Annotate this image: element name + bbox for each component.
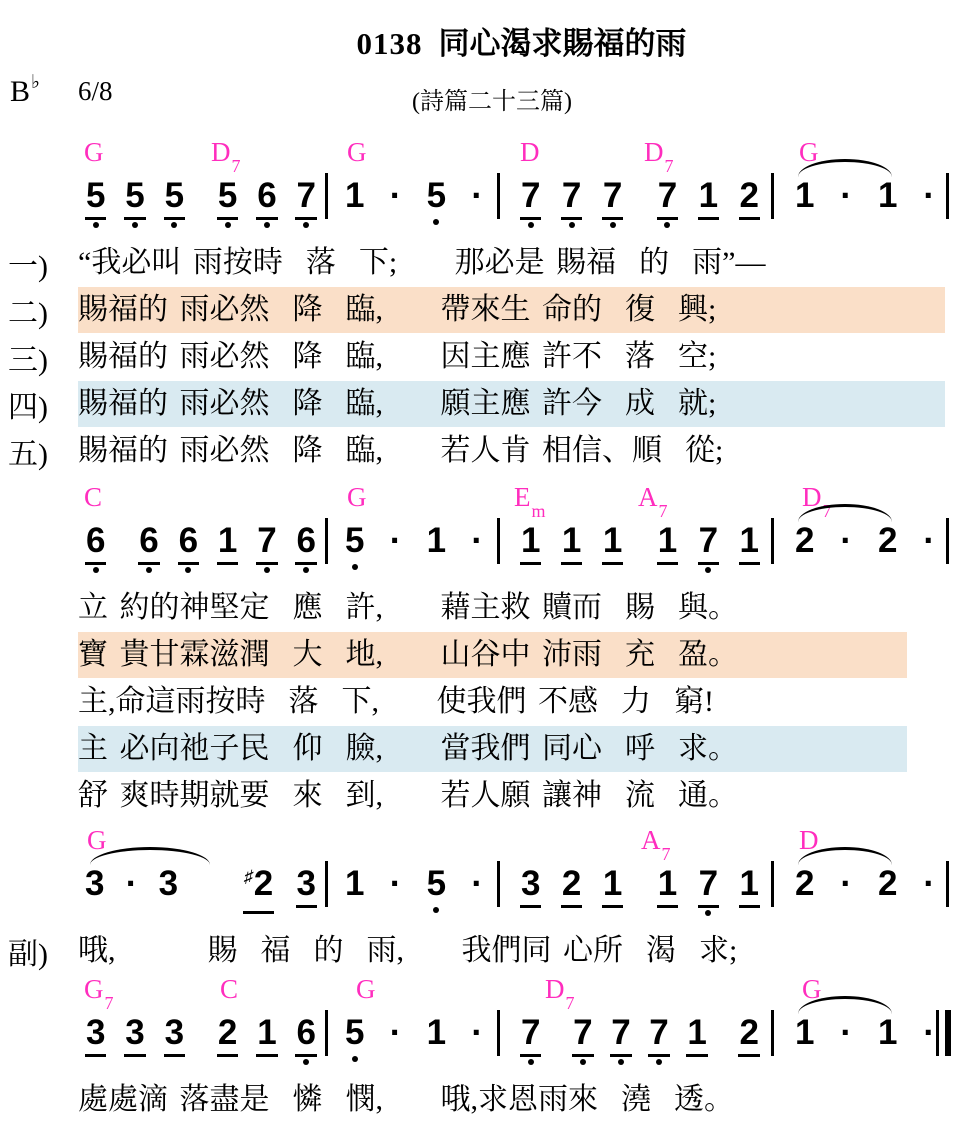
page-title: 0138同心渴求賜福的雨 xyxy=(42,0,959,63)
lyric-row-middle: 主,命這雨按時 落 下, 使我們 不感 力 窮! xyxy=(0,678,959,725)
note: 1 xyxy=(739,865,760,908)
duration-dot: · xyxy=(840,865,852,903)
note: 1 xyxy=(686,1014,707,1057)
measure: 333216 xyxy=(85,1014,317,1057)
header-row: B♭ 6/8 (詩篇二十三篇) xyxy=(0,73,959,117)
chord-label: G xyxy=(356,974,376,1004)
note: 3 xyxy=(296,865,317,908)
note: 2 xyxy=(878,865,897,903)
note: 7 xyxy=(698,865,719,908)
note: 5 xyxy=(124,177,145,220)
note: 5 xyxy=(217,177,238,220)
chord-label: G xyxy=(87,825,107,855)
chord-label: G7 xyxy=(84,974,113,1007)
note: 1 xyxy=(602,522,623,565)
chord-label: D7 xyxy=(644,137,673,170)
note: 1 xyxy=(345,177,364,215)
duration-dot: · xyxy=(471,1014,483,1052)
measure: 555567 xyxy=(85,177,317,220)
measure: 777712 xyxy=(520,1014,760,1057)
measure: 2·2· xyxy=(795,522,935,560)
chord-label: D7 xyxy=(211,137,240,170)
note: 1 xyxy=(795,177,814,215)
chord-label: C xyxy=(220,974,238,1004)
duration-dot: · xyxy=(126,865,138,903)
note: 2 xyxy=(878,522,897,560)
note: 7 xyxy=(572,1014,593,1057)
note: ♯2 xyxy=(243,865,274,914)
note: 1 xyxy=(427,522,446,560)
lyric-text: 賜福的 雨必然 降 臨, 因主應 許不 落 空; xyxy=(78,334,945,380)
lyric-row-middle: 寶 貴甘霖滋潤 大 地, 山谷中 沛雨 充 盈。 xyxy=(0,631,959,678)
lyric-text: 舒 爽時期就要 來 到, 若人願 讓神 流 通。 xyxy=(78,773,907,819)
chord-label: D xyxy=(520,137,540,167)
last-lyric-row: 處處滴 落盡是 憐 憫, 哦,求恩雨來 澆 透。 xyxy=(0,1076,959,1123)
note: 3 xyxy=(159,865,178,903)
note: 6 xyxy=(295,1014,316,1057)
note: 2 xyxy=(217,1014,238,1057)
note: 5 xyxy=(427,177,446,215)
note: 3 xyxy=(124,1014,145,1057)
bar-line xyxy=(325,518,328,564)
music-line: CGEmA7D76661765·1·1111712·2· xyxy=(0,482,959,584)
verse-row: 三)賜福的 雨必然 降 臨, 因主應 許不 落 空; xyxy=(0,333,959,380)
duration-dot: · xyxy=(840,1014,852,1052)
measure: 2·2· xyxy=(795,865,935,903)
key-signature: B♭ xyxy=(10,73,39,109)
note: 1 xyxy=(795,1014,814,1052)
lyric-text: 立 約的神堅定 應 許, 藉主救 贖而 賜 與。 xyxy=(78,585,907,631)
note: 7 xyxy=(657,177,678,220)
music-line: GA7D3·3♯231·5·3211712·2· xyxy=(0,825,959,927)
lyric-text: 賜福的 雨必然 降 臨, 帶來生 命的 復 興; xyxy=(78,287,945,333)
bar-line xyxy=(946,861,949,907)
note: 2 xyxy=(739,177,760,220)
lyric-text: 哦, 賜 福 的 雨, 我們同 心所 渴 求; xyxy=(78,928,945,974)
duration-dot: · xyxy=(471,177,483,215)
measure: 3·3♯23 xyxy=(85,865,317,914)
lyric-row-middle: 立 約的神堅定 應 許, 藉主救 贖而 賜 與。 xyxy=(0,584,959,631)
note: 7 xyxy=(520,177,541,220)
note: 1 xyxy=(698,177,719,220)
chord-subscript: 7 xyxy=(232,156,241,176)
chord-label: G xyxy=(84,137,104,167)
duration-dot: · xyxy=(390,1014,402,1052)
verse-row: 一)“我必叫 雨按時 落 下; 那必是 賜福 的 雨”— xyxy=(0,239,959,286)
measure: 1·5· xyxy=(345,177,483,215)
flat-icon: ♭ xyxy=(31,72,40,93)
chord-label: Em xyxy=(514,482,545,515)
duration-dot: · xyxy=(390,865,402,903)
duration-dot: · xyxy=(923,865,935,903)
verse-row: 四)賜福的 雨必然 降 臨, 願主應 許今 成 就; xyxy=(0,380,959,427)
note: 7 xyxy=(561,177,582,220)
note: 1 xyxy=(256,1014,277,1057)
bar-line xyxy=(497,1010,500,1056)
chord-subscript: 7 xyxy=(665,156,674,176)
measure: 777712 xyxy=(520,177,760,220)
chord-subscript: 7 xyxy=(659,501,668,521)
bar-line xyxy=(946,518,949,564)
time-signature: 6/8 xyxy=(78,76,113,107)
lyric-text: 賜福的 雨必然 降 臨, 願主應 許今 成 就; xyxy=(78,381,945,427)
verse-label: 二) xyxy=(0,288,78,332)
measure: 321171 xyxy=(520,865,760,908)
bar-line xyxy=(771,518,774,564)
bar-line xyxy=(325,861,328,907)
lyric-text: “我必叫 雨按時 落 下; 那必是 賜福 的 雨”— xyxy=(78,240,945,286)
note: 7 xyxy=(256,522,277,565)
scripture-subtitle: (詩篇二十三篇) xyxy=(412,81,572,116)
note: 3 xyxy=(85,865,104,903)
refrain-row: 副)哦, 賜 福 的 雨, 我們同 心所 渴 求; xyxy=(0,927,959,974)
note: 5 xyxy=(345,1014,364,1052)
measure: 1·1· xyxy=(795,177,935,215)
duration-dot: · xyxy=(923,522,935,560)
note: 3 xyxy=(520,865,541,908)
note: 5 xyxy=(345,522,364,560)
measure: 666176 xyxy=(85,522,317,565)
note: 1 xyxy=(602,865,623,908)
note: 5 xyxy=(427,865,446,903)
chord-label: D7 xyxy=(545,974,574,1007)
sheet-content: GD7GDD7G5555671·5·7777121·1·一)“我必叫 雨按時 落… xyxy=(0,137,959,1123)
final-bar-line xyxy=(945,1010,951,1056)
note: 7 xyxy=(295,177,316,220)
duration-dot: · xyxy=(840,177,852,215)
tie-arc xyxy=(90,847,211,865)
chord-subscript: 7 xyxy=(662,844,671,864)
note: 1 xyxy=(657,522,678,565)
note: 1 xyxy=(739,522,760,565)
note: 1 xyxy=(520,522,541,565)
note: 2 xyxy=(738,1014,759,1057)
note: 1 xyxy=(427,1014,446,1052)
note: 1 xyxy=(657,865,678,908)
chord-subscript: 7 xyxy=(566,993,575,1013)
note: 6 xyxy=(178,522,199,565)
lyric-text: 主,命這雨按時 落 下, 使我們 不感 力 窮! xyxy=(78,679,907,725)
chord-subscript: m xyxy=(532,501,546,521)
note: 6 xyxy=(138,522,159,565)
bar-line xyxy=(325,173,328,219)
measure: 1·5· xyxy=(345,865,483,903)
duration-dot: · xyxy=(923,177,935,215)
note: 7 xyxy=(520,1014,541,1057)
music-line: G7CGD7G3332165·1·7777121·1· xyxy=(0,974,959,1076)
note: 7 xyxy=(610,1014,631,1057)
bar-line xyxy=(497,861,500,907)
note: 1 xyxy=(878,1014,897,1052)
verse-label: 五) xyxy=(0,429,78,473)
note: 6 xyxy=(256,177,277,220)
bar-line xyxy=(771,861,774,907)
lyric-row-middle: 主 必向祂子民 仰 臉, 當我們 同心 呼 求。 xyxy=(0,725,959,772)
bar-line xyxy=(497,518,500,564)
hymn-sheet: 0138同心渴求賜福的雨 B♭ 6/8 (詩篇二十三篇) GD7GDD7G555… xyxy=(0,0,959,1143)
duration-dot: · xyxy=(923,1014,935,1052)
verse-row: 二)賜福的 雨必然 降 臨, 帶來生 命的 復 興; xyxy=(0,286,959,333)
hymn-number: 0138 xyxy=(357,26,423,61)
duration-dot: · xyxy=(390,522,402,560)
bar-line xyxy=(946,173,949,219)
lyric-row-middle: 舒 爽時期就要 來 到, 若人願 讓神 流 通。 xyxy=(0,772,959,819)
note: 5 xyxy=(85,177,106,220)
verse-row: 五)賜福的 雨必然 降 臨, 若人肯 相信、順 從; xyxy=(0,427,959,474)
measure: 5·1· xyxy=(345,522,483,560)
verse-label: 三) xyxy=(0,335,78,379)
bar-line xyxy=(497,173,500,219)
chord-label: G xyxy=(347,482,367,512)
accidental-sharp-icon: ♯ xyxy=(244,867,253,886)
note: 1 xyxy=(561,522,582,565)
measure: 5·1· xyxy=(345,1014,483,1052)
duration-dot: · xyxy=(840,522,852,560)
note: 3 xyxy=(164,1014,185,1057)
note: 6 xyxy=(295,522,316,565)
bar-line xyxy=(325,1010,328,1056)
bar-line xyxy=(771,173,774,219)
note: 2 xyxy=(795,522,814,560)
note: 2 xyxy=(561,865,582,908)
note: 7 xyxy=(698,522,719,565)
note: 2 xyxy=(795,865,814,903)
note: 7 xyxy=(648,1014,669,1057)
note: 6 xyxy=(85,522,106,565)
verse-label: 副) xyxy=(0,929,78,973)
measure: 1·1· xyxy=(795,1014,935,1052)
chord-label: C xyxy=(84,482,102,512)
lyric-text: 賜福的 雨必然 降 臨, 若人肯 相信、順 從; xyxy=(78,428,945,474)
duration-dot: · xyxy=(471,865,483,903)
chord-subscript: 7 xyxy=(105,993,114,1013)
lyric-text: 寶 貴甘霖滋潤 大 地, 山谷中 沛雨 充 盈。 xyxy=(78,632,907,678)
lyric-text: 處處滴 落盡是 憐 憫, 哦,求恩雨來 澆 透。 xyxy=(78,1077,907,1123)
verse-label: 四) xyxy=(0,382,78,426)
note: 3 xyxy=(85,1014,106,1057)
note: 5 xyxy=(164,177,185,220)
chord-label: A7 xyxy=(641,825,670,858)
note: 7 xyxy=(602,177,623,220)
bar-line xyxy=(936,1010,939,1056)
note: 1 xyxy=(878,177,897,215)
hymn-title: 同心渴求賜福的雨 xyxy=(439,26,687,61)
duration-dot: · xyxy=(471,522,483,560)
chord-label: A7 xyxy=(638,482,667,515)
chord-label: G xyxy=(347,137,367,167)
lyric-text: 主 必向祂子民 仰 臉, 當我們 同心 呼 求。 xyxy=(78,726,907,772)
bar-line xyxy=(771,1010,774,1056)
music-line: GD7GDD7G5555671·5·7777121·1· xyxy=(0,137,959,239)
note: 1 xyxy=(217,522,238,565)
duration-dot: · xyxy=(390,177,402,215)
note: 1 xyxy=(345,865,364,903)
measure: 111171 xyxy=(520,522,760,565)
verse-label: 一) xyxy=(0,241,78,285)
